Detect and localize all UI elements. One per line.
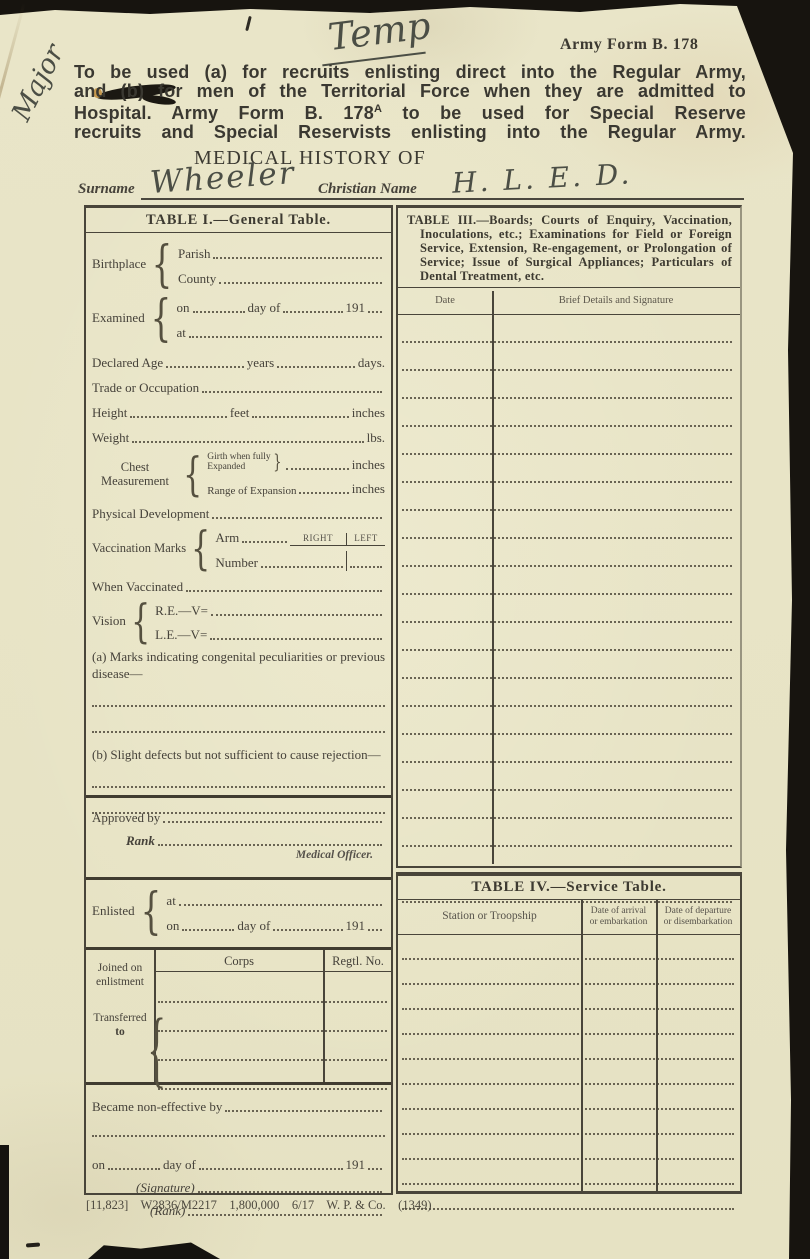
approval-rank-row: Rank bbox=[92, 829, 385, 849]
dotted-entry-row bbox=[158, 1061, 387, 1090]
weight-label: Weight bbox=[92, 430, 129, 446]
when-vaccinated-row: When Vaccinated bbox=[92, 575, 385, 595]
weight-fill-line bbox=[132, 441, 363, 443]
birthplace-group: Birthplace { Parish County bbox=[92, 239, 385, 289]
arrival-line1: Date of arrival bbox=[591, 906, 646, 916]
non-effective-row: Became non-effective by bbox=[92, 1095, 385, 1115]
usage-line-3-post: to be used for Special Reserve bbox=[382, 103, 746, 123]
dotted-entry-row bbox=[402, 1085, 734, 1110]
corps-rows bbox=[158, 974, 387, 1090]
lbs-label: lbs. bbox=[367, 430, 385, 446]
physical-fill-line bbox=[212, 517, 382, 519]
trade-fill-line bbox=[202, 391, 382, 393]
signature-row: (Signature) bbox=[92, 1176, 385, 1196]
enlisted-at-label: at bbox=[166, 893, 175, 909]
arm-fill-line bbox=[242, 541, 287, 543]
dotted-entry-row bbox=[402, 1185, 734, 1210]
surname-label: Surname bbox=[78, 181, 135, 198]
at-fill-line bbox=[189, 336, 382, 338]
vision-label: Vision bbox=[92, 613, 126, 629]
chest-group: ChestMeasurement { Girth when fullyExpan… bbox=[92, 451, 385, 497]
day-fill-line bbox=[283, 311, 342, 313]
table4-arrival-header: Date of arrivalor embarkation bbox=[581, 906, 656, 928]
vaccination-marks-group: Vaccination Marks { Arm RIGHT LEFT Numbe… bbox=[92, 525, 385, 571]
scanned-form-page: Major Temp Army Form B. 178 To be used (… bbox=[0, 0, 810, 1259]
note-b-text: (b) Slight defects but not sufficient to… bbox=[92, 747, 385, 764]
table4-header-row: Station or Troopship Date of arrivalor e… bbox=[398, 900, 740, 935]
girth-row: Girth when fullyExpanded } inches bbox=[207, 451, 385, 473]
dotted-entry-row bbox=[402, 427, 732, 455]
note-b-fill-1 bbox=[92, 786, 385, 788]
dotted-entry-row bbox=[158, 1003, 387, 1032]
girth-label-line1: Girth when fully bbox=[207, 452, 270, 462]
on-label: on bbox=[177, 300, 190, 316]
usage-line-3-pre: Hospital. Army Form B. 178 bbox=[74, 103, 374, 123]
left-column: TABLE I.—General Table. Birthplace { Par… bbox=[84, 205, 393, 1195]
printer-imprint: [11,823] W2836/M2217 1,800,000 6/17 W. P… bbox=[86, 1198, 432, 1213]
weight-row: Weight lbs. bbox=[92, 426, 385, 446]
declared-age-row: Declared Age years days. bbox=[92, 351, 385, 371]
range-inches-label: inches bbox=[352, 481, 385, 497]
arm-label: Arm bbox=[215, 530, 239, 546]
physical-label: Physical Development bbox=[92, 506, 209, 522]
enlisted-section: Enlisted { at on day of 191 bbox=[86, 886, 391, 950]
scan-edge-left bbox=[0, 1145, 9, 1259]
dotted-entry-row bbox=[402, 567, 732, 595]
note-a-fill-1 bbox=[92, 705, 385, 707]
examined-label: Examined bbox=[92, 310, 145, 326]
dotted-entry-row bbox=[402, 651, 732, 679]
when-vaccinated-fill bbox=[186, 590, 382, 592]
transferred-brace: { bbox=[147, 998, 166, 1098]
enlisted-on-label: on bbox=[166, 918, 179, 934]
dotted-entry-row bbox=[402, 399, 732, 427]
table1-title: TABLE I.—General Table. bbox=[86, 208, 391, 233]
arm-row: Arm bbox=[215, 526, 290, 546]
year-prefix: 191 bbox=[346, 300, 366, 316]
approval-section: Approved by Rank Medical Officer. bbox=[86, 806, 391, 880]
physical-development-row: Physical Development bbox=[92, 502, 385, 522]
height-inches-fill bbox=[252, 416, 348, 418]
county-label: County bbox=[178, 271, 216, 287]
enlisted-year-fill bbox=[368, 929, 382, 931]
examined-at-row: at bbox=[177, 321, 385, 341]
enlisted-group: Enlisted { at on day of 191 bbox=[92, 886, 385, 936]
number-left-fill-line bbox=[350, 566, 382, 568]
noneff-day-of-label: day of bbox=[163, 1157, 196, 1173]
form-number: Army Form B. 178 bbox=[560, 36, 698, 54]
girth-inches-label: inches bbox=[352, 457, 385, 473]
table4-divider-1 bbox=[581, 900, 583, 1191]
inches-label: inches bbox=[352, 405, 385, 421]
trade-label: Trade or Occupation bbox=[92, 380, 199, 396]
number-left-cell bbox=[346, 551, 385, 571]
examined-group: Examined { on day of 191 at bbox=[92, 293, 385, 343]
vision-brace: { bbox=[131, 598, 150, 644]
examined-date-row: on day of 191 bbox=[177, 296, 385, 316]
table3-title: TABLE III.—Boards; Courts of Enquiry, Va… bbox=[398, 208, 740, 288]
days-label: days. bbox=[358, 355, 385, 371]
enlisted-brace: { bbox=[140, 886, 161, 936]
dotted-entry-row bbox=[402, 985, 734, 1010]
years-label: years bbox=[247, 355, 274, 371]
table3-details-header: Brief Details and Signature bbox=[492, 295, 740, 306]
table3-entry-rows bbox=[398, 315, 740, 903]
note-a-text: (a) Marks indicating congenital peculiar… bbox=[92, 649, 385, 683]
year-fill-line bbox=[368, 311, 382, 313]
signature-label: (Signature) bbox=[136, 1180, 195, 1196]
approved-by-fill bbox=[163, 821, 382, 823]
age-fill-line bbox=[166, 366, 244, 368]
usage-line-3: Hospital. Army Form B. 178A to be used f… bbox=[74, 100, 746, 123]
range-fill-line bbox=[299, 492, 348, 494]
left-column-header: LEFT bbox=[346, 533, 385, 546]
joined-line2: enlistment bbox=[96, 976, 144, 988]
approved-by-label: Approved by bbox=[92, 810, 160, 826]
noneff-day-fill bbox=[199, 1168, 343, 1170]
name-underline bbox=[141, 198, 744, 200]
vision-group: Vision { R.E.—V= L.E.—V= bbox=[92, 598, 385, 644]
noneff-year-fill bbox=[368, 1168, 382, 1170]
dotted-entry-row bbox=[402, 539, 732, 567]
dotted-entry-row bbox=[402, 315, 732, 343]
feet-label: feet bbox=[230, 405, 249, 421]
dotted-entry-row bbox=[402, 735, 732, 763]
declared-age-label: Declared Age bbox=[92, 355, 163, 371]
birthplace-label: Birthplace bbox=[92, 256, 146, 272]
height-row: Height feet inches bbox=[92, 401, 385, 421]
enlisted-label: Enlisted bbox=[92, 903, 135, 919]
vaccination-brace: { bbox=[191, 525, 210, 571]
on-fill-line bbox=[193, 311, 245, 313]
non-effective-fill-1 bbox=[225, 1110, 382, 1112]
left-eye-fill bbox=[210, 638, 382, 640]
chest-label-line1: Chest bbox=[121, 460, 149, 474]
right-eye-fill bbox=[211, 614, 382, 616]
chest-label-line2: Measurement bbox=[101, 474, 169, 488]
parish-fill-line bbox=[213, 257, 382, 259]
dotted-entry-row bbox=[402, 455, 732, 483]
table3-header-row: Date Brief Details and Signature bbox=[398, 288, 740, 315]
enlisted-day-fill bbox=[273, 929, 342, 931]
dotted-entry-row bbox=[402, 960, 734, 985]
transferred-to-label: Transferredto bbox=[88, 1012, 152, 1040]
at-label: at bbox=[177, 325, 186, 341]
girth-label: Girth when fullyExpanded bbox=[207, 453, 270, 473]
became-non-effective-label: Became non-effective by bbox=[92, 1099, 222, 1115]
dotted-entry-row bbox=[158, 974, 387, 1003]
parish-label: Parish bbox=[178, 246, 211, 262]
rank-fill bbox=[188, 1214, 382, 1216]
left-eye-row: L.E.—V= bbox=[155, 623, 385, 643]
christian-name-label: Christian Name bbox=[318, 181, 417, 198]
girth-fill-line bbox=[286, 468, 348, 470]
dotted-entry-row bbox=[402, 819, 732, 847]
table4-departure-header: Date of departureor disembarkation bbox=[656, 906, 740, 928]
non-effective-fill-2 bbox=[92, 1135, 385, 1137]
enlisted-year-prefix: 191 bbox=[346, 918, 366, 934]
dotted-entry-row bbox=[402, 483, 732, 511]
corps-table: Corps Regtl. No. Joined onenlistment Tra… bbox=[86, 950, 391, 1085]
county-row: County bbox=[178, 267, 385, 287]
table3-column-divider bbox=[492, 291, 494, 864]
right-column-header: RIGHT bbox=[290, 533, 346, 546]
dotted-entry-row bbox=[402, 343, 732, 371]
enlisted-at-fill bbox=[179, 904, 382, 906]
dotted-entry-row bbox=[402, 1035, 734, 1060]
enlisted-date-row: on day of 191 bbox=[166, 914, 385, 934]
dotted-entry-row bbox=[402, 511, 732, 539]
county-fill-line bbox=[219, 282, 382, 284]
height-feet-fill bbox=[130, 416, 226, 418]
range-label: Range of Expansion bbox=[207, 485, 296, 497]
left-eye-label: L.E.—V= bbox=[155, 627, 207, 643]
signature-fill bbox=[198, 1191, 382, 1193]
parish-row: Parish bbox=[178, 242, 385, 262]
table4-entry-rows bbox=[398, 935, 740, 1210]
approval-rank-fill bbox=[158, 844, 382, 846]
right-eye-label: R.E.—V= bbox=[155, 603, 208, 619]
dotted-entry-row bbox=[402, 847, 732, 875]
dotted-entry-row bbox=[402, 763, 732, 791]
non-effective-date-row: on day of 191 bbox=[92, 1153, 385, 1173]
dotted-entry-row bbox=[402, 1060, 734, 1085]
dotted-entry-row bbox=[402, 1160, 734, 1185]
joined-on-enlistment-label: Joined onenlistment bbox=[88, 962, 152, 990]
dotted-entry-row bbox=[402, 1010, 734, 1035]
departure-line1: Date of departure bbox=[665, 906, 731, 916]
noneff-year-prefix: 191 bbox=[346, 1157, 366, 1173]
dotted-entry-row bbox=[402, 623, 732, 651]
table4-service-table: TABLE IV.—Service Table. Station or Troo… bbox=[396, 872, 742, 1194]
arrival-line2: or embarkation bbox=[590, 917, 648, 927]
birthplace-brace: { bbox=[152, 239, 173, 289]
chest-brace: { bbox=[183, 451, 202, 497]
dotted-entry-row bbox=[402, 595, 732, 623]
usage-line-1: To be used (a) for recruits enlisting di… bbox=[74, 63, 746, 82]
table4-title: TABLE IV.—Service Table. bbox=[398, 876, 740, 900]
dotted-entry-row bbox=[402, 1110, 734, 1135]
vaccination-label: Vaccination Marks bbox=[92, 541, 186, 556]
dotted-entry-row bbox=[402, 1135, 734, 1160]
day-of-label: day of bbox=[248, 300, 281, 316]
approved-by-row: Approved by bbox=[92, 806, 385, 826]
when-vaccinated-label: When Vaccinated bbox=[92, 579, 183, 595]
transferred-line2: to bbox=[115, 1026, 125, 1038]
trade-row: Trade or Occupation bbox=[92, 376, 385, 396]
enlisted-on-fill bbox=[182, 929, 234, 931]
departure-line2: or disembarkation bbox=[664, 917, 733, 927]
enlisted-day-of-label: day of bbox=[237, 918, 270, 934]
examined-brace: { bbox=[150, 293, 171, 343]
joined-line1: Joined on bbox=[98, 962, 142, 974]
note-a-fill-2 bbox=[92, 731, 385, 733]
usage-line-2: and (b) for men of the Territorial Force… bbox=[74, 82, 746, 101]
usage-instructions: To be used (a) for recruits enlisting di… bbox=[74, 63, 746, 141]
chest-label: ChestMeasurement bbox=[92, 460, 178, 489]
dotted-entry-row bbox=[402, 679, 732, 707]
usage-line-4: recruits and Special Reservists enlistin… bbox=[74, 123, 746, 142]
table4-station-header: Station or Troopship bbox=[398, 910, 581, 922]
girth-label-line2: Expanded bbox=[207, 462, 245, 472]
table3-boards: TABLE III.—Boards; Courts of Enquiry, Va… bbox=[396, 205, 742, 868]
right-eye-row: R.E.—V= bbox=[155, 599, 385, 619]
height-label: Height bbox=[92, 405, 127, 421]
dotted-entry-row bbox=[402, 791, 732, 819]
dotted-entry-row bbox=[402, 371, 732, 399]
dotted-entry-row bbox=[158, 1032, 387, 1061]
table4-divider-2 bbox=[656, 900, 658, 1191]
enlisted-at-row: at bbox=[166, 889, 385, 909]
medical-officer-label: Medical Officer. bbox=[92, 849, 385, 861]
approval-rank-label: Rank bbox=[126, 833, 155, 849]
range-row: Range of Expansion inches bbox=[207, 477, 385, 497]
table3-date-header: Date bbox=[398, 295, 492, 306]
table1-general-table: TABLE I.—General Table. Birthplace { Par… bbox=[86, 208, 391, 798]
noneff-on-fill bbox=[108, 1168, 160, 1170]
number-row: Number bbox=[215, 551, 346, 571]
corps-header: Corps bbox=[155, 950, 323, 972]
noneff-on-label: on bbox=[92, 1157, 105, 1173]
transferred-line1: Transferred bbox=[93, 1012, 146, 1024]
number-label: Number bbox=[215, 555, 258, 571]
years-fill-line bbox=[277, 366, 355, 368]
girth-close-brace: } bbox=[273, 451, 281, 471]
number-fill-line bbox=[261, 566, 343, 568]
dotted-entry-row bbox=[402, 935, 734, 960]
form-178a-superscript: A bbox=[374, 103, 382, 115]
regtl-no-header: Regtl. No. bbox=[325, 950, 391, 972]
dotted-entry-row bbox=[402, 707, 732, 735]
